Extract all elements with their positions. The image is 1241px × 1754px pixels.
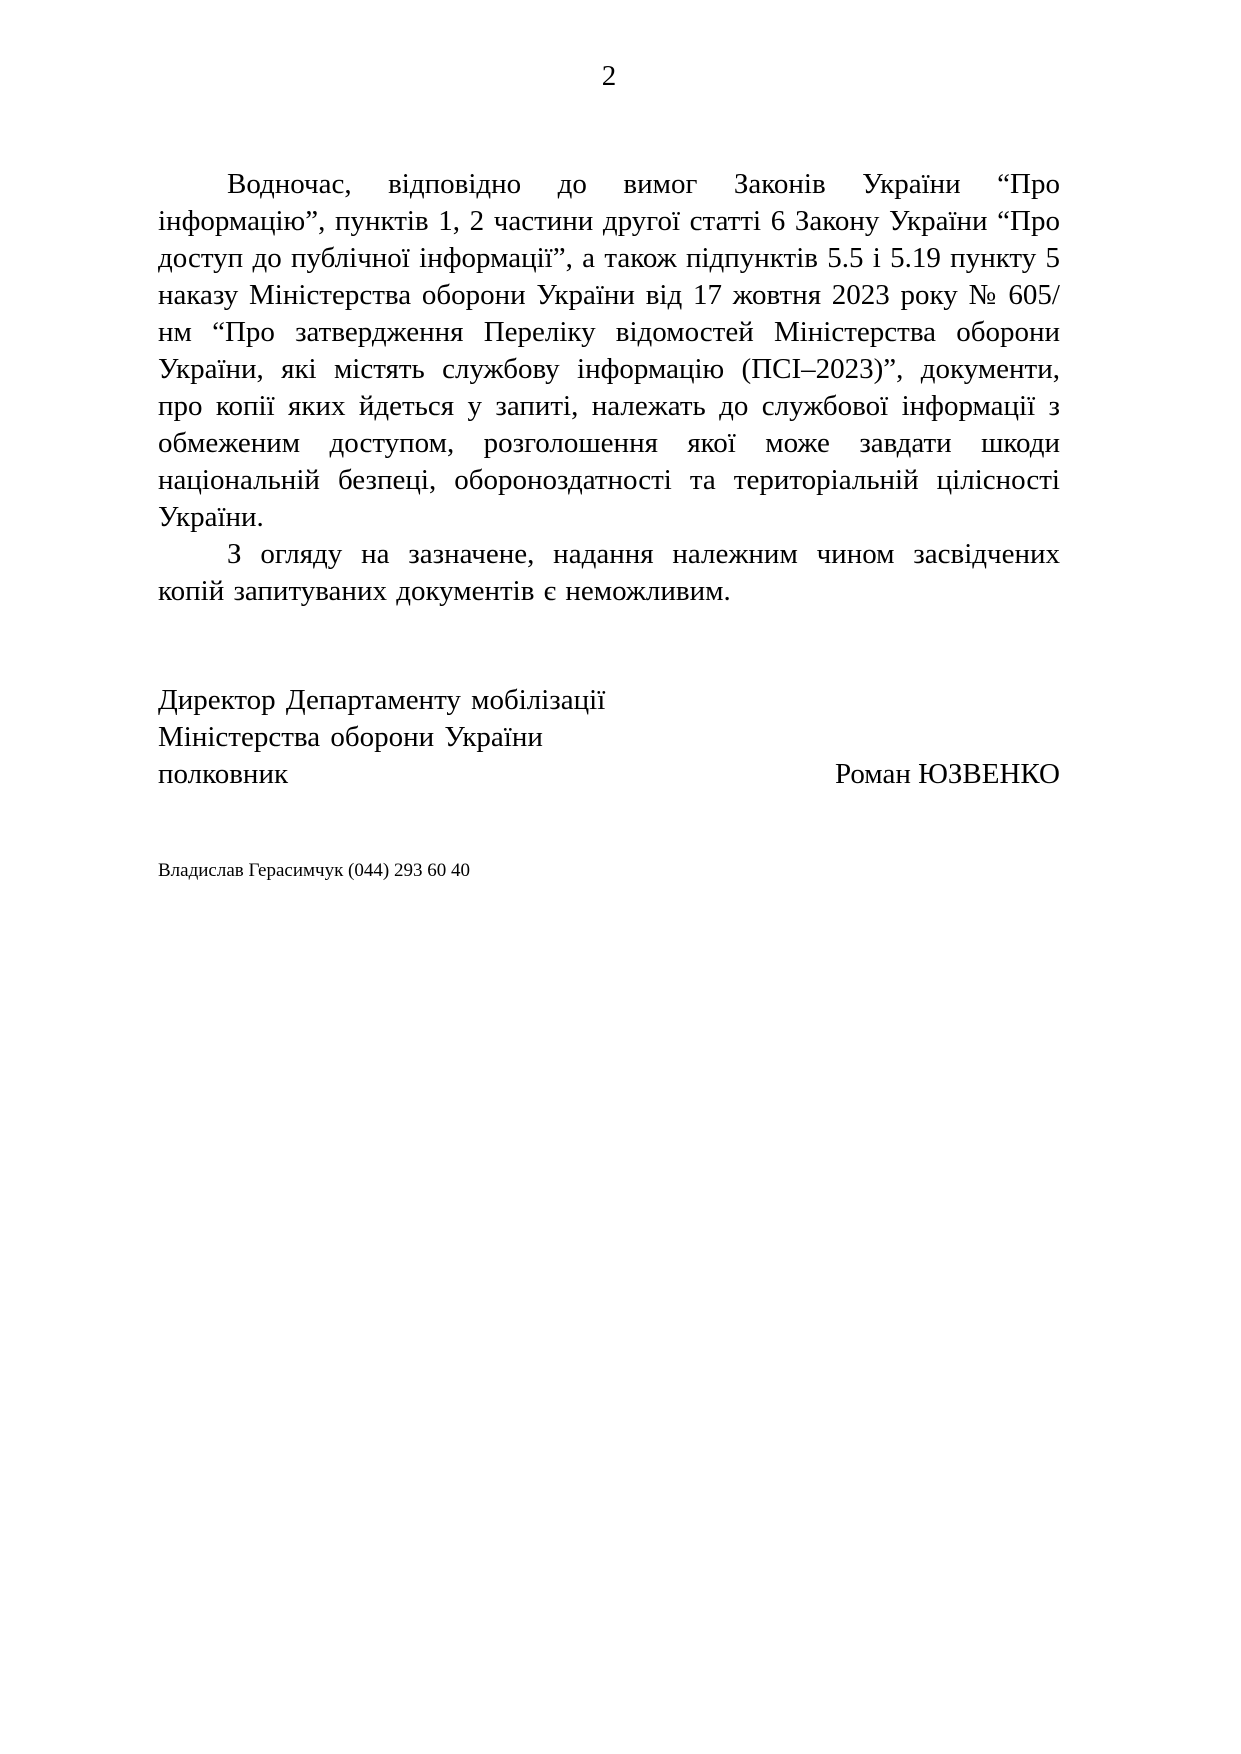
paragraph-legal-basis: Водночас, відповідно до вимог Законів Ук… [158, 166, 1060, 536]
signature-name: Роман ЮЗВЕНКО [835, 756, 1060, 793]
document-content: 2 Водночас, відповідно до вимог Законів … [158, 60, 1060, 882]
signature-title-line-1: Директор Департаменту мобілізації [158, 682, 1060, 719]
paragraph-conclusion: З огляду на зазначене, надання належним … [158, 536, 1060, 610]
signature-block: Директор Департаменту мобілізації Мініст… [158, 682, 1060, 793]
document-page: 2 Водночас, відповідно до вимог Законів … [0, 0, 1241, 1754]
signature-title-line-2: Міністерства оборони України [158, 719, 1060, 756]
letter-body: Водночас, відповідно до вимог Законів Ук… [158, 166, 1060, 610]
page-number: 2 [158, 60, 1060, 92]
executor-contact: Владислав Герасимчук (044) 293 60 40 [158, 859, 1060, 882]
signature-rank-row: полковник Роман ЮЗВЕНКО [158, 756, 1060, 793]
signature-rank: полковник [158, 756, 288, 793]
